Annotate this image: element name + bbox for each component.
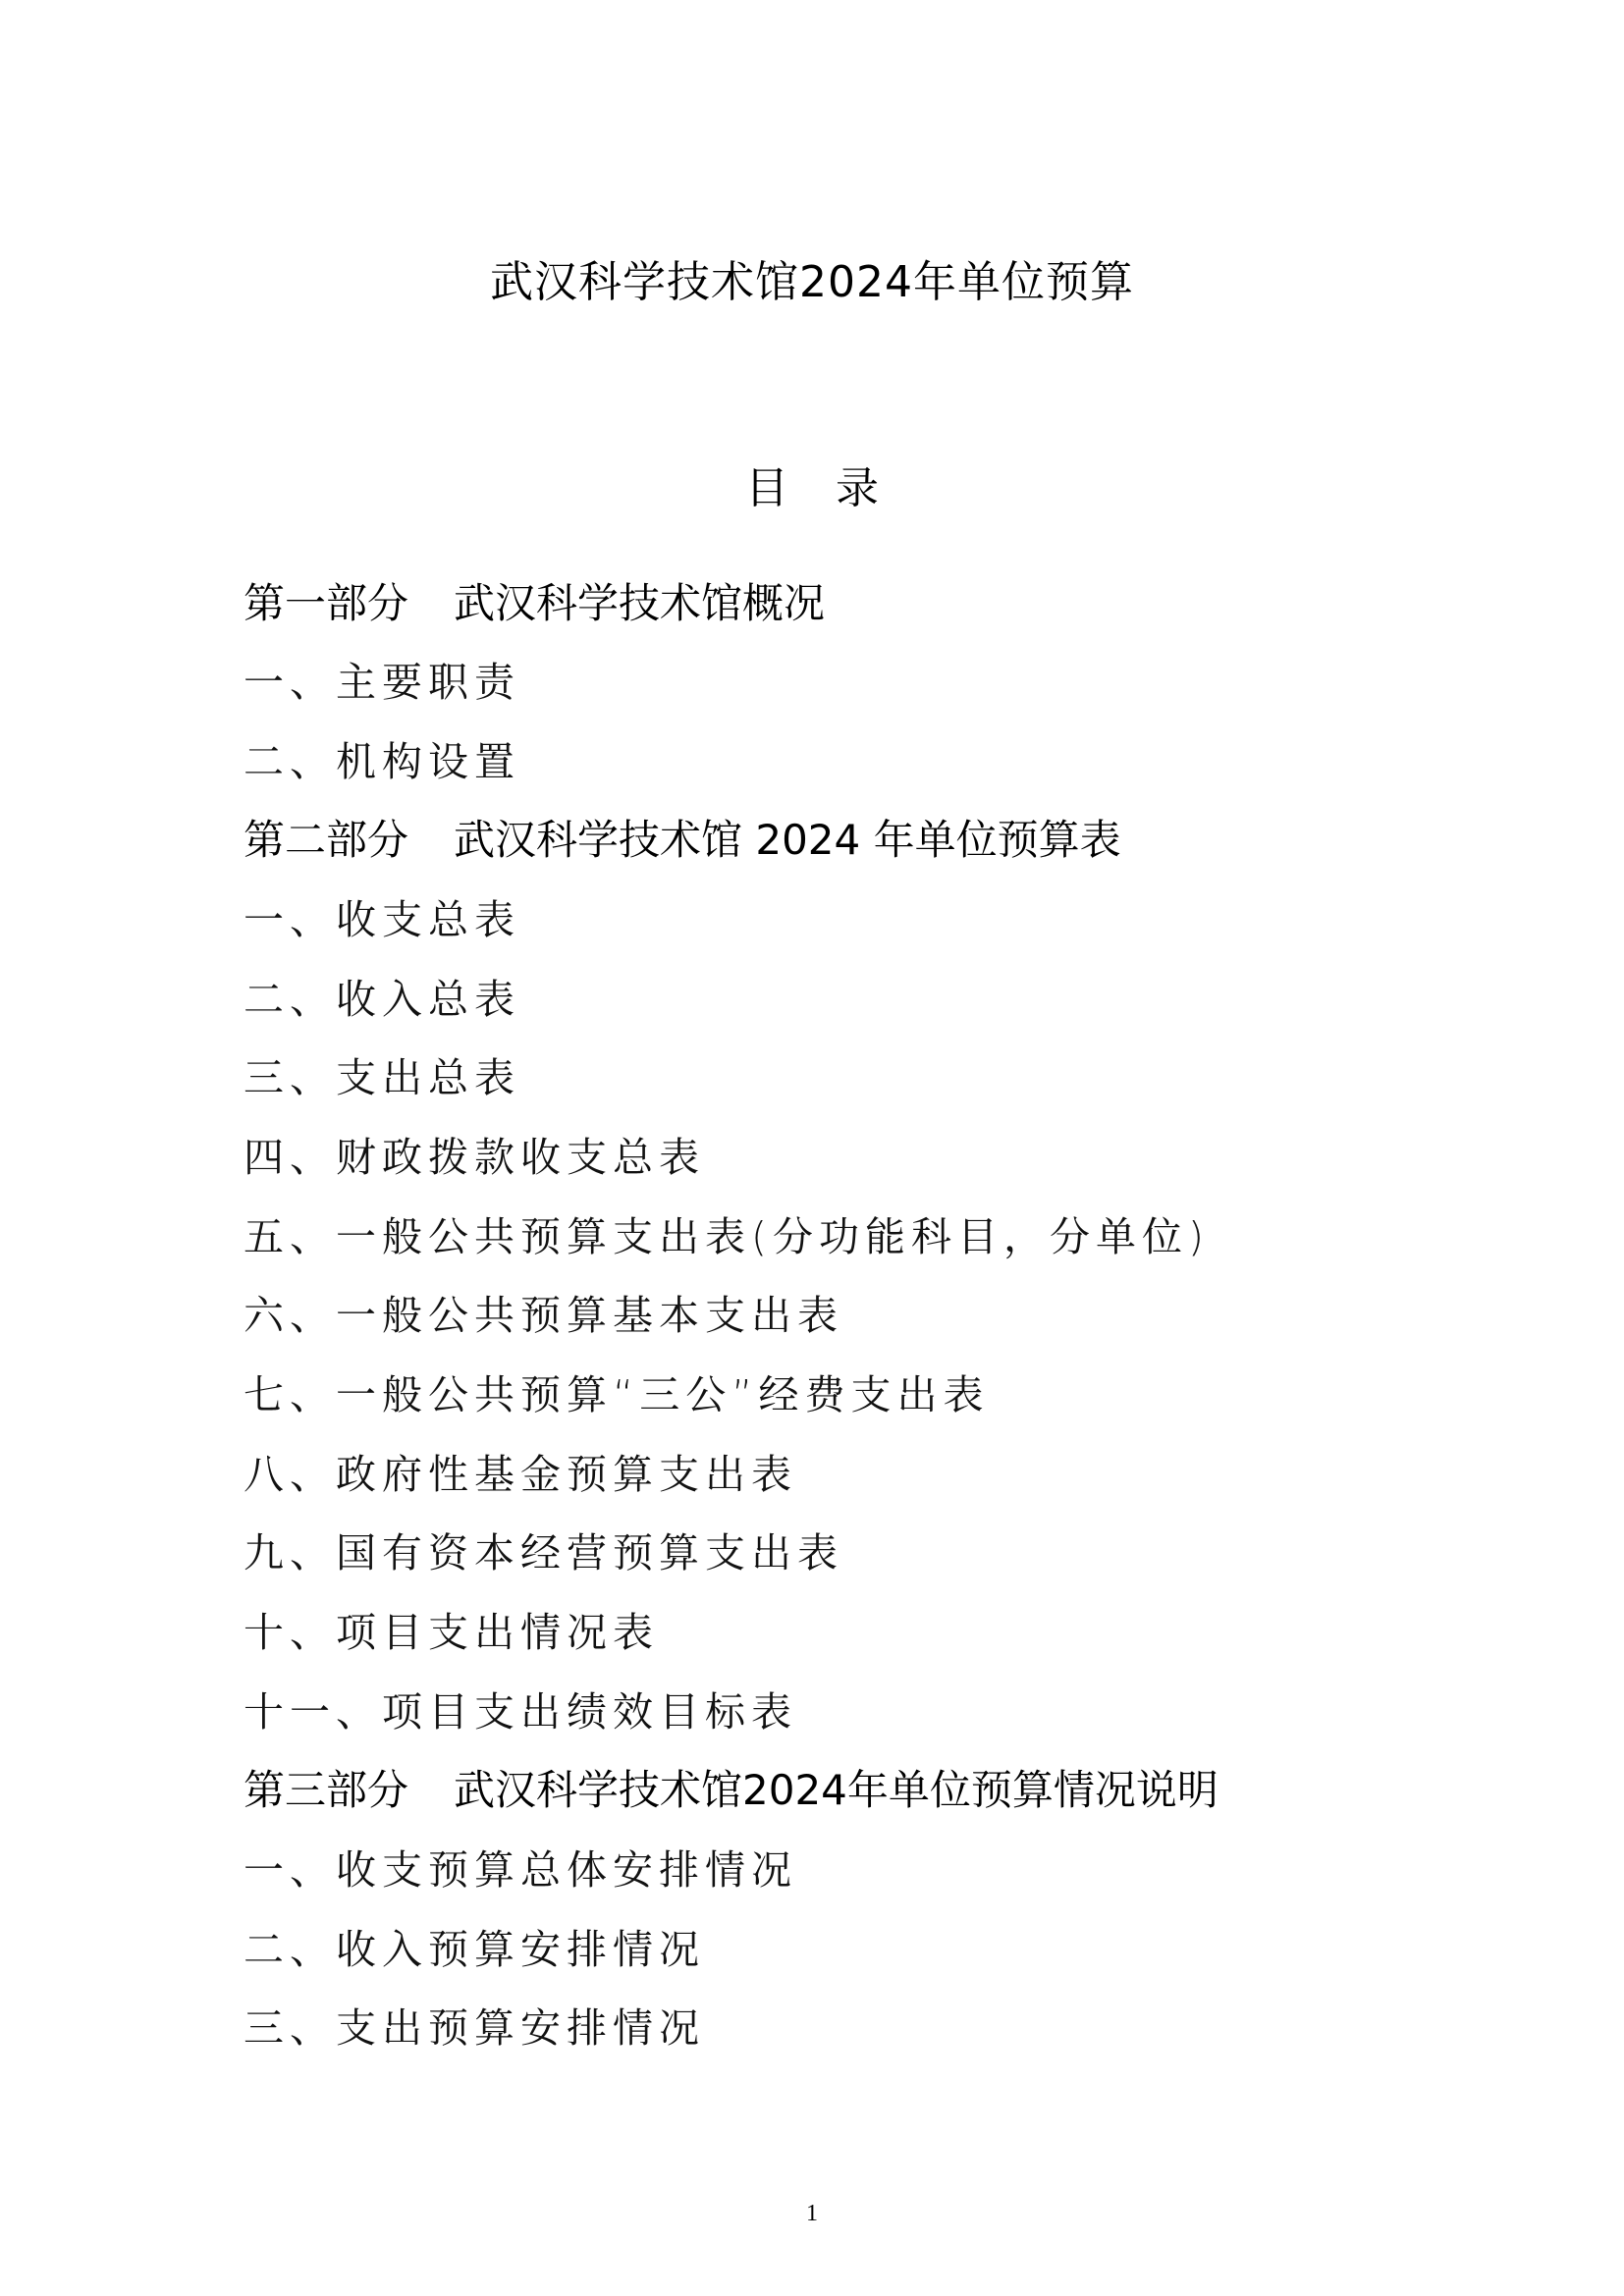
toc-item[interactable]: 八、政府性基金预算支出表 (244, 1445, 797, 1504)
toc-item[interactable]: 五、一般公共预算支出表(分功能科目，分单位) (244, 1207, 1210, 1266)
toc-item[interactable]: 一、收支预算总体安排情况 (244, 1841, 797, 1899)
toc-item[interactable]: 十、项目支出情况表 (244, 1603, 659, 1662)
toc-part-text: 武汉科学技术馆2024年单位预算情况说明 (454, 1766, 1218, 1814)
document-title: 武汉科学技术馆2024年单位预算 (0, 253, 1624, 312)
toc-item[interactable]: 二、机构设置 (244, 732, 520, 791)
page-number: 1 (0, 2199, 1624, 2228)
toc-item[interactable]: 一、收支总表 (244, 890, 520, 949)
toc-heading: 目录 (0, 459, 1624, 518)
toc-part-1[interactable]: 第一部分武汉科学技术馆概况 (244, 574, 825, 633)
toc-part-label: 第二部分 (244, 811, 408, 870)
toc-item[interactable]: 一、主要职责 (244, 653, 520, 712)
toc-item[interactable]: 七、一般公共预算“三公”经费支出表 (244, 1365, 989, 1424)
toc-heading-char: 录 (836, 459, 879, 518)
toc-part-text: 武汉科学技术馆 2024 年单位预算表 (454, 816, 1121, 864)
toc-item[interactable]: 三、支出预算安排情况 (244, 1999, 705, 2057)
toc-part-label: 第一部分 (244, 574, 408, 633)
toc-heading-char: 目 (745, 459, 788, 518)
toc-item[interactable]: 二、收入预算安排情况 (244, 1920, 705, 1979)
toc-part-label: 第三部分 (244, 1761, 408, 1820)
toc-part-2[interactable]: 第二部分武汉科学技术馆 2024 年单位预算表 (244, 811, 1121, 870)
toc-part-3[interactable]: 第三部分武汉科学技术馆2024年单位预算情况说明 (244, 1761, 1218, 1820)
toc-part-text: 武汉科学技术馆概况 (454, 579, 825, 627)
toc-item[interactable]: 二、收入总表 (244, 970, 520, 1029)
toc-item[interactable]: 九、国有资本经营预算支出表 (244, 1523, 843, 1582)
toc-item[interactable]: 十一、项目支出绩效目标表 (244, 1682, 797, 1741)
toc-item[interactable]: 六、一般公共预算基本支出表 (244, 1286, 843, 1345)
toc-item[interactable]: 四、财政拨款收支总表 (244, 1128, 705, 1187)
document-page: 武汉科学技术馆2024年单位预算 目录 第一部分武汉科学技术馆概况 一、主要职责… (0, 0, 1624, 2296)
toc-item[interactable]: 三、支出总表 (244, 1048, 520, 1107)
